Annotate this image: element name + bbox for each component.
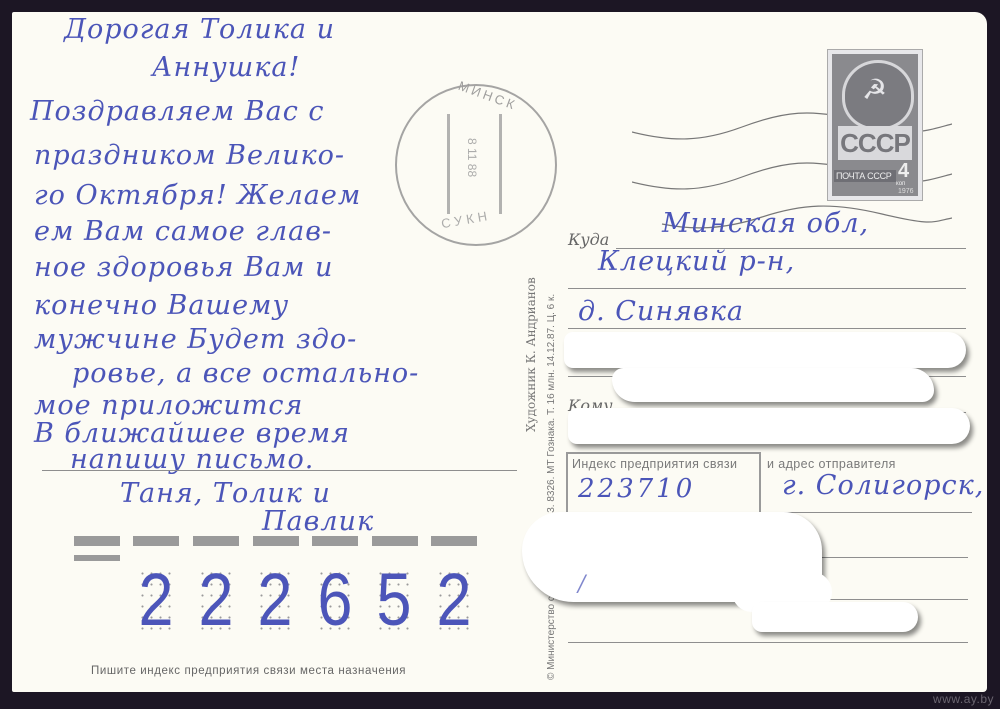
- zip-digit: 2: [197, 560, 234, 640]
- zip-caption: Пишите индекс предприятия связи места на…: [91, 665, 406, 677]
- redaction-blob: [752, 602, 918, 632]
- to-address-line: Минская обл,: [662, 208, 869, 239]
- postmark-bar: [447, 114, 450, 214]
- watermark: www.ay.by: [933, 692, 994, 706]
- publisher-imprint: © Министерство связи СССР, 1988. 3. 8326…: [546, 294, 557, 680]
- address-line: [568, 642, 968, 643]
- zip-marker-bar: [312, 536, 358, 546]
- message-line: го Октября! Желаем: [34, 180, 361, 211]
- zip-marker-bar: [74, 536, 120, 546]
- sender-city: г. Солигорск,: [782, 470, 984, 501]
- message-line: ное здоровья Вам и: [34, 252, 333, 283]
- to-address-line: д. Синявка: [578, 296, 744, 327]
- postmark: МИНСК 8 11 88 СУКН: [395, 84, 557, 246]
- stamp-label: ПОЧТА СССР: [834, 170, 896, 182]
- zip-marker-bar: [193, 536, 239, 546]
- coat-of-arms-icon: [842, 60, 914, 130]
- zip-digit: 5: [375, 560, 412, 640]
- stamp-currency: коп: [896, 181, 905, 187]
- postcard: Дорогая Толика и Аннушка! Поздравляем Ва…: [12, 12, 987, 692]
- postmark-city: МИНСК: [456, 78, 519, 113]
- redaction-blob: [564, 332, 966, 368]
- redacted-handwriting: / о: [578, 572, 987, 597]
- stamp-year: 1976: [898, 188, 914, 195]
- message-line: конечно Вашему: [34, 290, 289, 321]
- zip-marker-bar: [372, 536, 418, 546]
- message-line: Дорогая Толика и: [64, 14, 335, 45]
- address-line: [568, 288, 966, 289]
- zip-digit: 2: [435, 560, 472, 640]
- redaction-blob: [612, 368, 934, 402]
- redaction-blob: [568, 408, 970, 444]
- signature-line: Павлик: [262, 506, 374, 537]
- zip-marker-bar: [253, 536, 299, 546]
- sender-address-header: и адрес отправителя: [767, 457, 896, 471]
- to-address-line: Клецкий р-н,: [598, 246, 795, 277]
- address-line: [568, 328, 966, 329]
- zip-digit: 2: [137, 560, 174, 640]
- message-line: праздником Велико-: [34, 140, 345, 171]
- zip-marker-bar: [133, 536, 179, 546]
- message-line: ем Вам самое глав-: [34, 216, 332, 247]
- postmark-bar: [499, 114, 502, 214]
- signature-line: Таня, Толик и: [120, 478, 331, 509]
- message-line: ровье, а все остально-: [72, 358, 419, 389]
- postage-stamp: СССР ПОЧТА СССР 4 коп 1976: [828, 50, 922, 200]
- message-line: мое приложится: [34, 390, 303, 421]
- sender-index: 223710: [578, 474, 695, 504]
- artist-credit: Художник К. Андрианов: [524, 277, 538, 432]
- message-divider: [42, 470, 517, 471]
- message-line: Аннушка!: [152, 52, 300, 83]
- postmark-date: 8 11 88: [465, 138, 479, 177]
- stamp-country: СССР: [838, 126, 912, 160]
- stamp-value: 4: [898, 160, 909, 183]
- zip-digit: 2: [256, 560, 293, 640]
- zip-marker-bar: [431, 536, 477, 546]
- zip-marker-bar: [74, 555, 120, 561]
- zip-digit: 6: [316, 560, 353, 640]
- message-line: Поздравляем Вас с: [30, 96, 325, 127]
- message-line: мужчине Будет здо-: [34, 324, 357, 355]
- sender-index-header: Индекс предприятия связи: [572, 457, 737, 471]
